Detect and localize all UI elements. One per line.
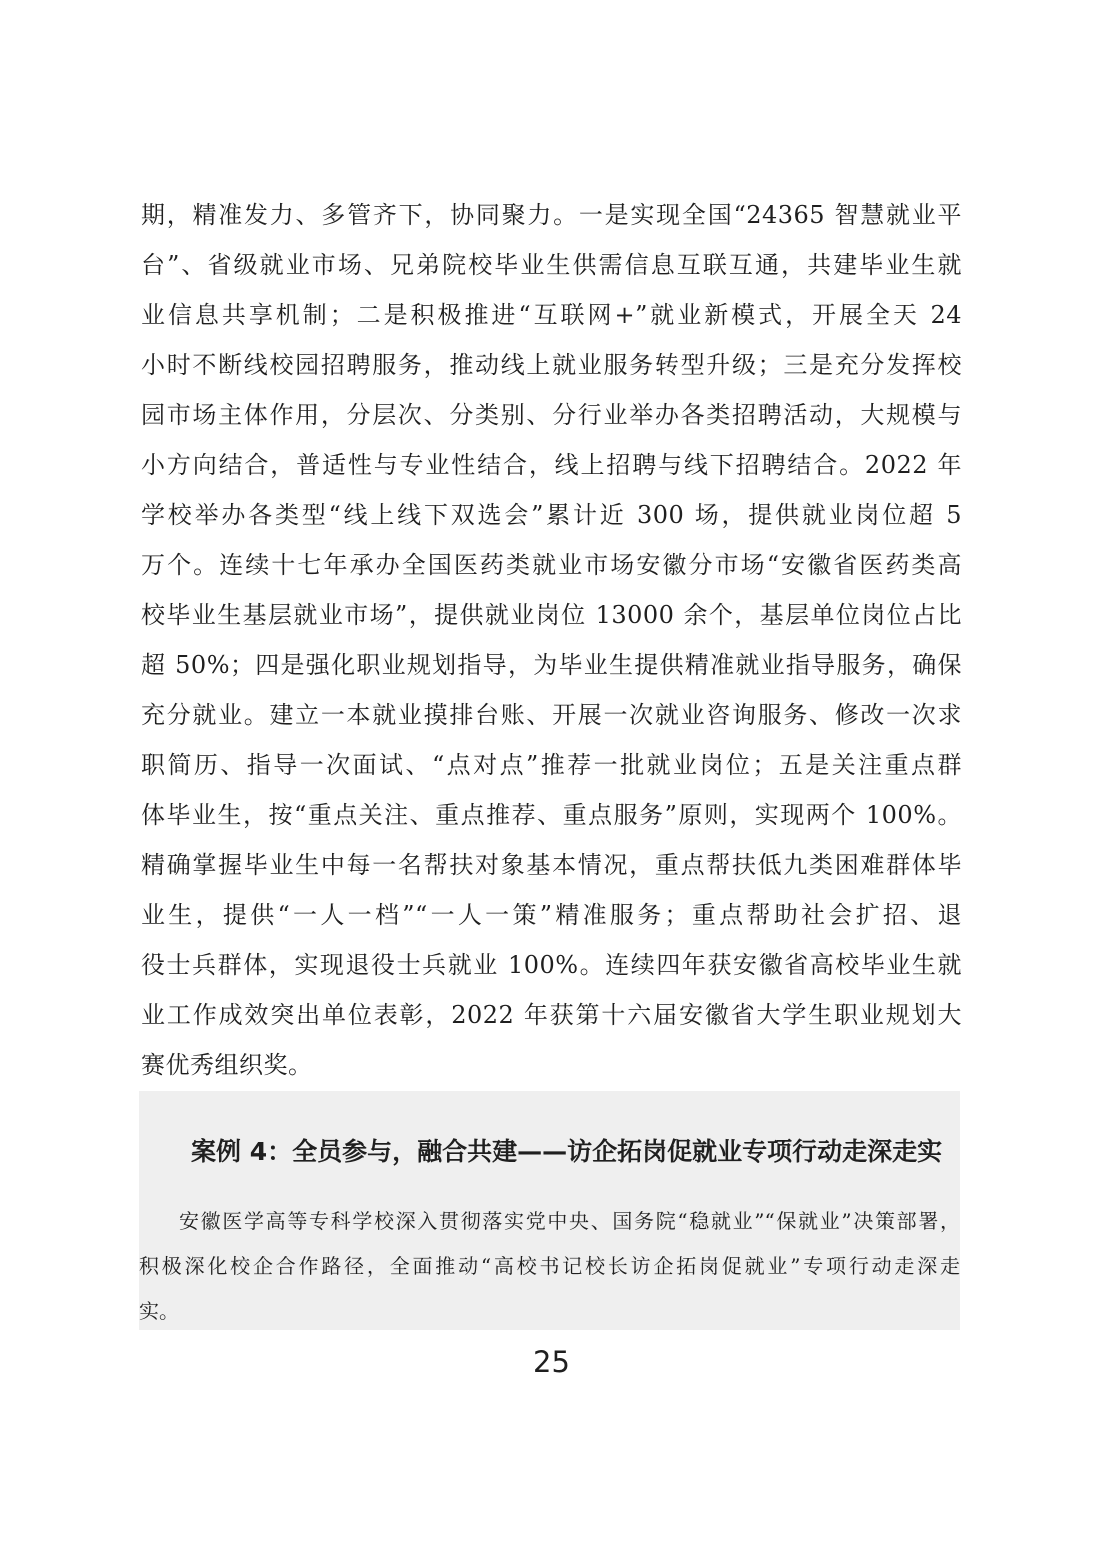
body-text-line: 小时不断线校园招聘服务，推动线上就业服务转型升级；三是充分发挥校 <box>141 340 962 390</box>
document-page: 期，精准发力、多管齐下，协同聚力。一是实现全国“24365 智慧就业平台”、省级… <box>0 0 1102 1559</box>
body-text-line: 学校举办各类型“线上线下双选会”累计近 300 场，提供就业岗位超 5 <box>141 490 962 540</box>
body-text-line: 职简历、指导一次面试、“点对点”推荐一批就业岗位；五是关注重点群 <box>141 740 962 790</box>
body-text-line: 充分就业。建立一本就业摸排台账、开展一次就业咨询服务、修改一次求 <box>141 690 962 740</box>
body-text-line: 台”、省级就业市场、兄弟院校毕业生供需信息互联互通，共建毕业生就 <box>141 240 962 290</box>
body-text-line: 业信息共享机制；二是积极推进“互联网+”就业新模式，开展全天 24 <box>141 290 962 340</box>
page-number: 25 <box>141 1345 962 1379</box>
body-text-line: 业生，提供“一人一档”“一人一策”精准服务；重点帮助社会扩招、退 <box>141 890 962 940</box>
body-text-line: 赛优秀组织奖。 <box>141 1040 962 1090</box>
case-text-line: 积极深化校企合作路径，全面推动“高校书记校长访企拓岗促就业”专项行动走深走 <box>139 1244 960 1289</box>
body-text-line: 万个。连续十七年承办全国医药类就业市场安徽分市场“安徽省医药类高 <box>141 540 962 590</box>
case-heading: 案例 4：全员参与，融合共建——访企拓岗促就业专项行动走深走实 <box>139 1135 960 1169</box>
body-text-line: 超 50%；四是强化职业规划指导，为毕业生提供精准就业指导服务，确保 <box>141 640 962 690</box>
case-text-line: 实。 <box>139 1289 960 1334</box>
body-text-line: 期，精准发力、多管齐下，协同聚力。一是实现全国“24365 智慧就业平 <box>141 190 962 240</box>
body-text-line: 精确掌握毕业生中每一名帮扶对象基本情况，重点帮扶低九类困难群体毕 <box>141 840 962 890</box>
case-text-line: 安徽医学高等专科学校深入贯彻落实党中央、国务院“稳就业”“保就业”决策部署， <box>139 1199 960 1244</box>
case-study-box: 案例 4：全员参与，融合共建——访企拓岗促就业专项行动走深走实 安徽医学高等专科… <box>139 1091 960 1330</box>
body-text-line: 校毕业生基层就业市场”，提供就业岗位 13000 余个，基层单位岗位占比 <box>141 590 962 640</box>
body-text-line: 体毕业生，按“重点关注、重点推荐、重点服务”原则，实现两个 100%。 <box>141 790 962 840</box>
body-text-line: 园市场主体作用，分层次、分类别、分行业举办各类招聘活动，大规模与 <box>141 390 962 440</box>
body-paragraph: 期，精准发力、多管齐下，协同聚力。一是实现全国“24365 智慧就业平台”、省级… <box>141 190 962 1090</box>
body-text-line: 业工作成效突出单位表彰，2022 年获第十六届安徽省大学生职业规划大 <box>141 990 962 1040</box>
case-paragraph: 安徽医学高等专科学校深入贯彻落实党中央、国务院“稳就业”“保就业”决策部署，积极… <box>139 1199 960 1334</box>
body-text-line: 役士兵群体，实现退役士兵就业 100%。连续四年获安徽省高校毕业生就 <box>141 940 962 990</box>
body-text-line: 小方向结合，普适性与专业性结合，线上招聘与线下招聘结合。2022 年 <box>141 440 962 490</box>
